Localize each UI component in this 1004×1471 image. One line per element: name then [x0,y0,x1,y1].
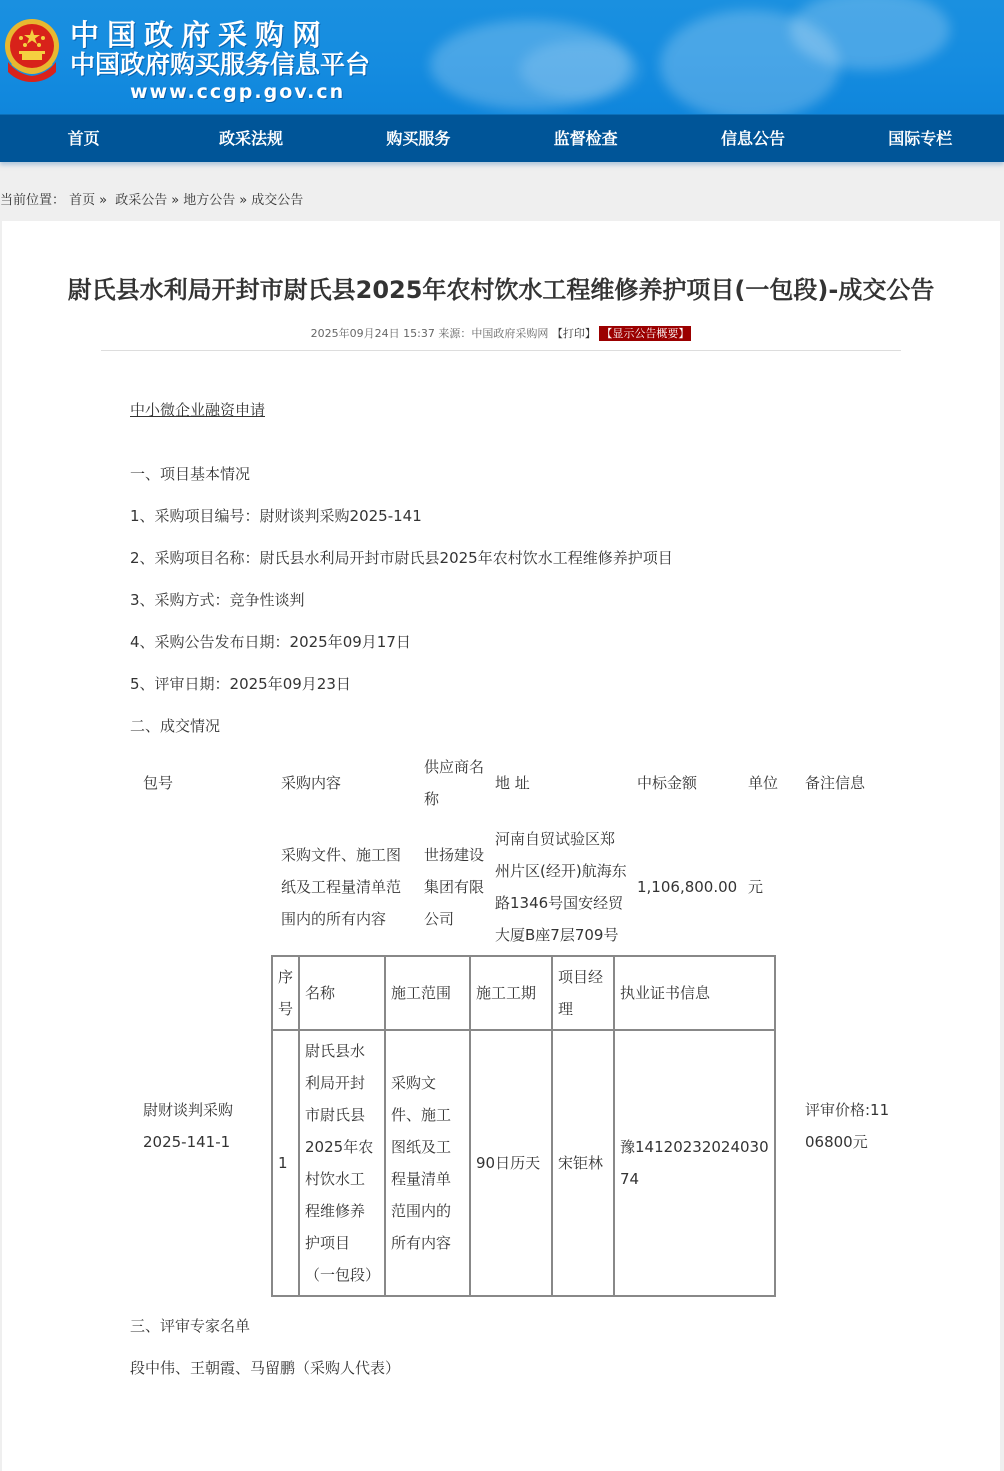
breadcrumb-local-notices[interactable]: 地方公告 [183,193,235,208]
source-name: 中国政府采购网 [471,327,548,340]
cell-manager: 宋钜林 [552,1030,614,1296]
cell-content: 采购文件、施工图纸及工程量清单范围内的所有内容 [276,819,419,955]
cell-amount: 1,106,800.00 [632,819,743,955]
header-content: 采购内容 [276,747,419,819]
print-button[interactable]: 【打印】 [552,327,596,340]
info-procurement-method: 3、采购方式：竞争性谈判 [130,579,1000,621]
deal-table: 包号 采购内容 供应商名称 地 址 中标金额 单位 备注信息 采购文件、施工图纸… [138,747,896,1297]
header-cert: 执业证书信息 [614,956,775,1030]
table-row: 1 尉氏县水利局开封市尉氏县2025年农村饮水工程维修养护项目 （一包段） 采购… [272,1030,775,1296]
breadcrumb-separator: » [239,193,247,208]
cell-empty [800,819,896,955]
source-label: 来源： [438,327,471,340]
cell-inner-table: 序号 名称 施工范围 施工工期 项目经理 执业证书信息 1 尉氏县水利局开封市尉… [276,955,800,1297]
header-amount: 中标金额 [632,747,743,819]
cell-supplier: 世扬建设集团有限公司 [419,819,490,955]
nav-item-supervision[interactable]: 监督检查 [502,115,669,163]
expert-list: 段中伟、王朝霞、马留鹏（采购人代表） [130,1347,1000,1389]
info-announcement-date: 4、采购公告发布日期：2025年09月17日 [130,621,1000,663]
sme-financing-link[interactable]: 中小微企业融资申请 [130,401,265,419]
cell-package-no: 尉财谈判采购2025-141-1 [138,955,276,1297]
site-logo[interactable]: 中国政府采购网 中国政府购买服务信息平台 www.ccgp.gov.cn [70,18,370,104]
breadcrumb-separator: » [171,193,179,208]
cell-scope: 采购文件、施工图纸及工程量清单范围内的所有内容 [385,1030,470,1296]
nav-item-purchase-services[interactable]: 购买服务 [335,115,502,163]
logo-url: www.ccgp.gov.cn [130,80,370,104]
show-summary-button[interactable]: 【显示公告概要】 [599,326,691,341]
main-nav: 首页 政采法规 购买服务 监督检查 信息公告 国际专栏 [0,114,1004,162]
cell-remark: 评审价格:1106800元 [800,955,896,1297]
nav-item-regulations[interactable]: 政采法规 [167,115,334,163]
header-name: 名称 [299,956,385,1030]
cell-empty [138,819,276,955]
article-meta: 2025年09月24日 15:37 来源：中国政府采购网 【打印】 【显示公告概… [2,326,1000,342]
breadcrumb: 当前位置： 首页» 政采公告»地方公告»成交公告 [0,162,1004,221]
table-row: 尉财谈判采购2025-141-1 序号 名称 施工范围 施工工期 项目经理 执业… [138,955,896,1297]
info-project-number: 1、采购项目编号：尉财谈判采购2025-141 [130,495,1000,537]
page-title: 尉氏县水利局开封市尉氏县2025年农村饮水工程维修养护项目(一包段)-成交公告 [2,273,1000,307]
header-period: 施工工期 [470,956,552,1030]
section-title-basic-info: 一、项目基本情况 [130,453,1000,495]
breadcrumb-home[interactable]: 首页 [69,193,95,208]
info-review-date: 5、评审日期：2025年09月23日 [130,663,1000,705]
logo-title: 中国政府采购网 [70,18,370,52]
publish-datetime: 2025年09月24日 15:37 [311,327,435,340]
breadcrumb-deal-notices[interactable]: 成交公告 [251,193,303,208]
header-remark: 备注信息 [800,747,896,819]
cell-address: 河南自贸试验区郑州片区(经开)航海东路1346号国安经贸大厦B座7层709号 [490,819,632,955]
content-panel: 尉氏县水利局开封市尉氏县2025年农村饮水工程维修养护项目(一包段)-成交公告 … [2,221,1000,1471]
national-emblem-icon [2,18,62,84]
site-banner: 中国政府采购网 中国政府购买服务信息平台 www.ccgp.gov.cn [0,0,1004,114]
header-package-no: 包号 [138,747,276,819]
header-address: 地 址 [490,747,632,819]
logo-subtitle: 中国政府购买服务信息平台 [70,50,370,80]
info-project-name: 2、采购项目名称：尉氏县水利局开封市尉氏县2025年农村饮水工程维修养护项目 [130,537,1000,579]
nav-item-international[interactable]: 国际专栏 [837,115,1004,163]
breadcrumb-separator: » [99,193,107,208]
cell-name: 尉氏县水利局开封市尉氏县2025年农村饮水工程维修养护项目 （一包段） [299,1030,385,1296]
inner-table-header: 序号 名称 施工范围 施工工期 项目经理 执业证书信息 [272,956,775,1030]
cloud-decoration [520,40,640,100]
table-row: 采购文件、施工图纸及工程量清单范围内的所有内容 世扬建设集团有限公司 河南自贸试… [138,819,896,955]
nav-item-announcements[interactable]: 信息公告 [669,115,836,163]
header-supplier: 供应商名称 [419,747,490,819]
cell-seq: 1 [272,1030,299,1296]
header-unit: 单位 [743,747,800,819]
breadcrumb-prefix: 当前位置： [0,193,65,208]
cell-period: 90日历天 [470,1030,552,1296]
section-title-deal: 二、成交情况 [130,705,1000,747]
header-scope: 施工范围 [385,956,470,1030]
deal-table-header: 包号 采购内容 供应商名称 地 址 中标金额 单位 备注信息 [138,747,896,819]
article-body: 中小微企业融资申请 一、项目基本情况 1、采购项目编号：尉财谈判采购2025-1… [2,351,1000,1389]
header-seq: 序号 [272,956,299,1030]
breadcrumb-procurement-notices[interactable]: 政采公告 [115,193,167,208]
nav-item-home[interactable]: 首页 [0,115,167,163]
cell-cert: 豫1412023202403074 [614,1030,775,1296]
header-manager: 项目经理 [552,956,614,1030]
section-title-experts: 三、评审专家名单 [130,1305,1000,1347]
cell-unit: 元 [743,819,800,955]
construction-info-table: 序号 名称 施工范围 施工工期 项目经理 执业证书信息 1 尉氏县水利局开封市尉… [271,955,776,1297]
